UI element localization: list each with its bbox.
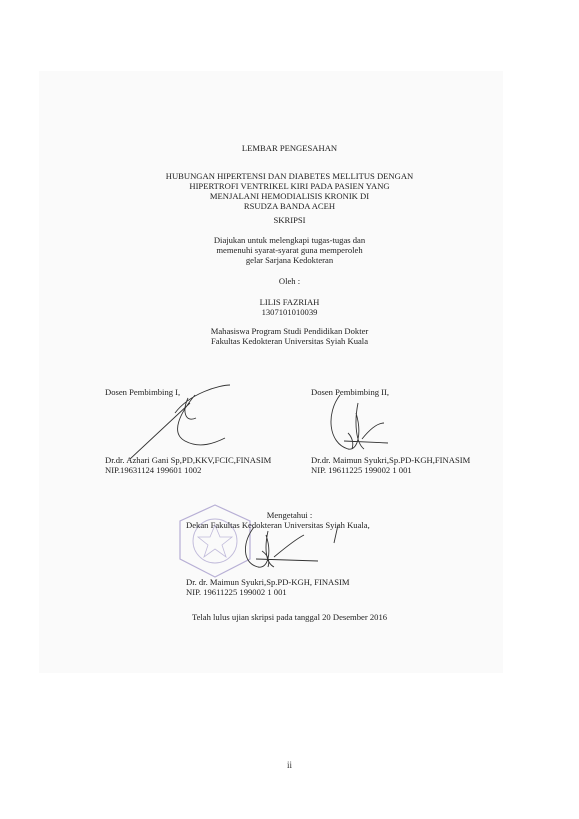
- author-id: 1307101010039: [0, 307, 579, 318]
- approval-position: Dekan Fakultas Kedokteran Universitas Sy…: [186, 520, 370, 531]
- title-line-1: HUBUNGAN HIPERTENSI DAN DIABETES MELLITU…: [0, 171, 579, 182]
- title-line-2: HIPERTROFI VENTRIKEL KIRI PADA PASIEN YA…: [0, 181, 579, 192]
- program-line-1: Mahasiswa Program Studi Pendidikan Dokte…: [0, 326, 579, 337]
- title-line-3: MENJALANI HEMODIALISIS KRONIK DI: [0, 191, 579, 202]
- purpose-line-3: gelar Sarjana Kedokteran: [0, 255, 579, 266]
- supervisor-2-name: Dr.dr. Maimun Syukri,Sp.PD-KGH,FINASIM: [311, 455, 470, 466]
- doc-type: SKRIPSI: [0, 215, 579, 226]
- passed-statement: Telah lulus ujian skripsi pada tanggal 2…: [0, 612, 579, 623]
- title-line-4: RSUDZA BANDA ACEH: [0, 201, 579, 212]
- dean-name: Dr. dr. Maimun Syukri,Sp.PD-KGH, FINASIM: [186, 577, 350, 588]
- supervisor-2-nip: NIP. 19611225 199002 1 001: [311, 465, 412, 476]
- author-name: LILIS FAZRIAH: [0, 297, 579, 308]
- page-number: ii: [0, 760, 579, 770]
- supervisor-1-name: Dr.dr. Azhari Gani Sp,PD,KKV,FCIC,FINASI…: [105, 455, 271, 466]
- supervisor-1-nip: NIP.19631124 199601 1002: [105, 465, 201, 476]
- purpose-line-1: Diajukan untuk melengkapi tugas-tugas da…: [0, 235, 579, 246]
- purpose-line-2: memenuhi syarat-syarat guna memperoleh: [0, 245, 579, 256]
- by-label: Oleh :: [0, 276, 579, 287]
- supervisor-1-role: Dosen Pembimbing I,: [105, 387, 180, 398]
- dean-nip: NIP. 19611225 199002 1 001: [186, 587, 287, 598]
- approval-label: Mengetahui :: [0, 510, 579, 521]
- page-heading: LEMBAR PENGESAHAN: [0, 143, 579, 154]
- program-line-2: Fakultas Kedokteran Universitas Syiah Ku…: [0, 336, 579, 347]
- supervisor-2-role: Dosen Pembimbing II,: [311, 387, 389, 398]
